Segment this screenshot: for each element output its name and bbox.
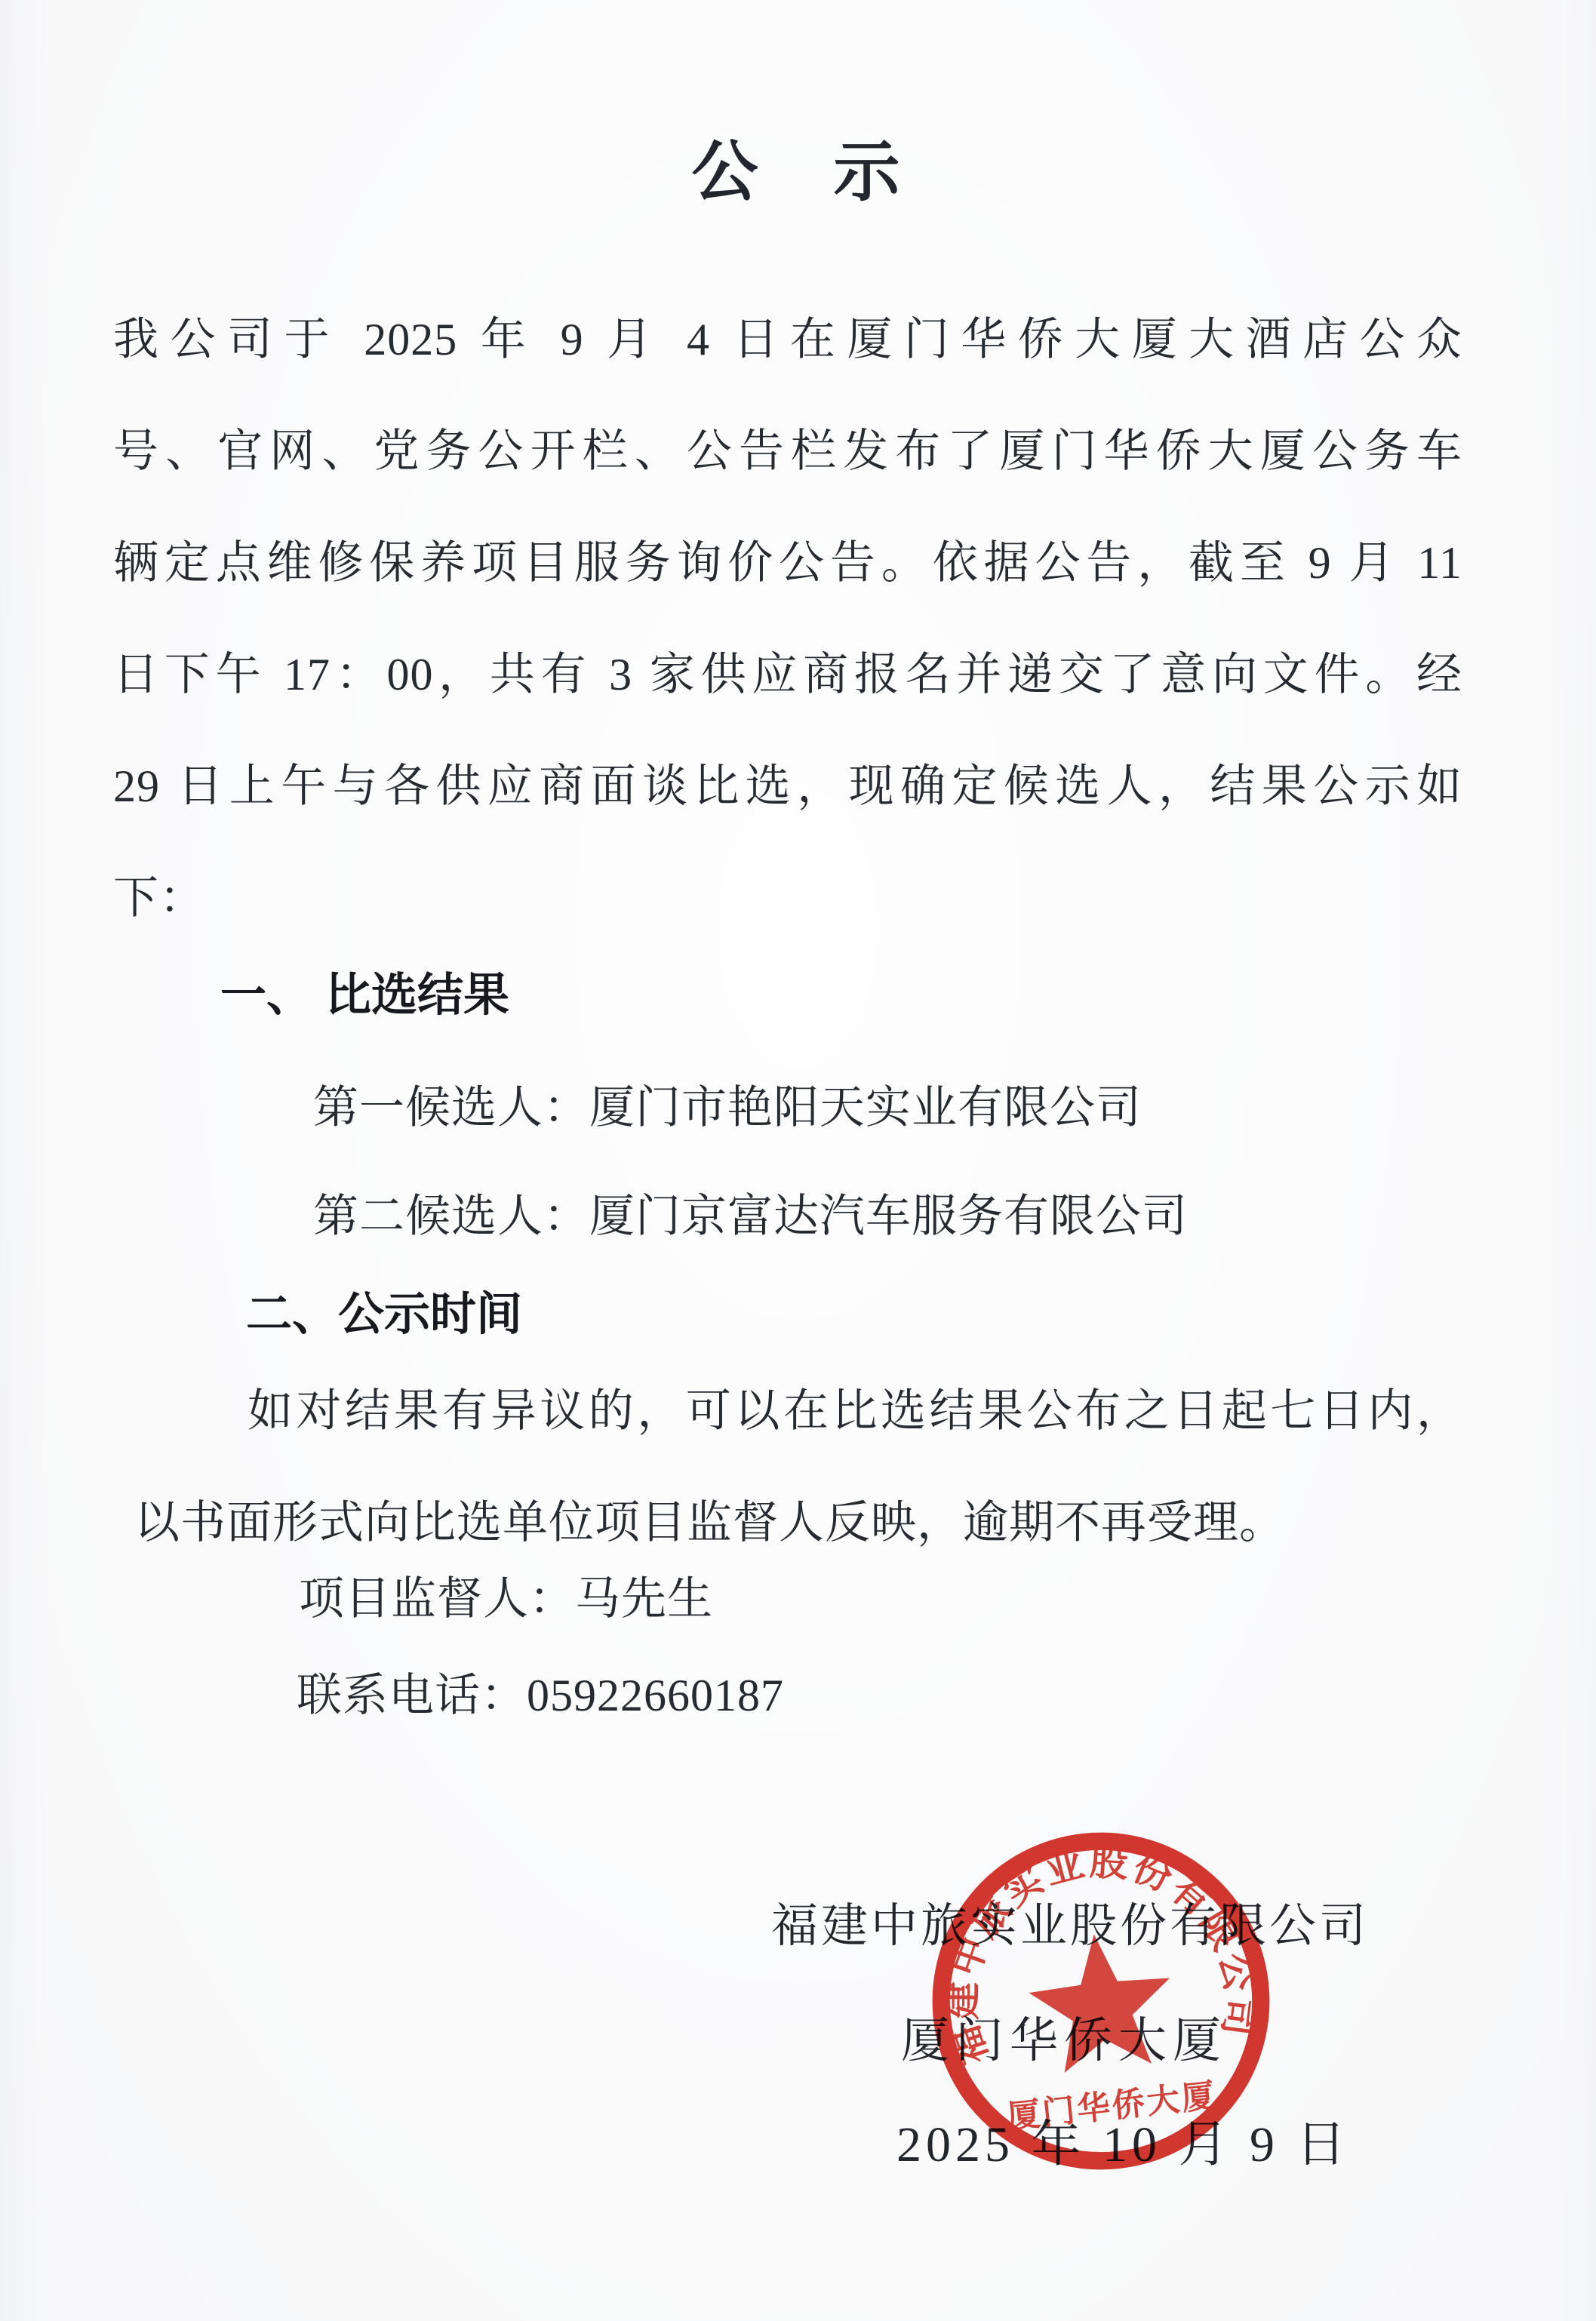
- section-time-heading: 二、公示时间: [246, 1289, 522, 1339]
- company-seal: 福建中旅实业股份有限公司 厦门华侨大厦: [907, 1807, 1295, 2195]
- intro-line: 下：: [113, 842, 1462, 954]
- supervisor-line: 项目监督人：马先生: [299, 1573, 713, 1625]
- notice-line: 如对结果有异议的，可以在比选结果公布之日起七日内，: [134, 1355, 1462, 1467]
- seal-star-icon: [1023, 1927, 1178, 2076]
- intro-line: 我公司于 2025 年 9 月 4 日在厦门华侨大厦大酒店公众: [113, 284, 1462, 395]
- intro-line: 辆定点维修保养项目服务询价公告。依据公告，截至 9 月 11: [113, 507, 1462, 619]
- intro-paragraph: 我公司于 2025 年 9 月 4 日在厦门华侨大厦大酒店公众 号、官网、党务公…: [113, 284, 1462, 954]
- section-result-heading: 一、 比选结果: [220, 970, 509, 1020]
- intro-line: 号、官网、党务公开栏、公告栏发布了厦门华侨大厦公务车: [113, 395, 1462, 507]
- company-seal-graphic: 福建中旅实业股份有限公司 厦门华侨大厦: [907, 1807, 1295, 2195]
- notice-paragraph: 如对结果有异议的，可以在比选结果公布之日起七日内， 以书面形式向比选单位项目监督…: [134, 1355, 1462, 1579]
- intro-line: 29 日上午与各供应商面谈比选，现确定候选人，结果公示如: [113, 730, 1462, 842]
- page-title: 公 示: [0, 119, 1596, 214]
- intro-line: 日下午 17：00，共有 3 家供应商报名并递交了意向文件。经: [113, 619, 1462, 730]
- candidate-1: 第一候选人：厦门市艳阳天实业有限公司: [313, 1082, 1142, 1134]
- candidate-2: 第二候选人：厦门京富达汽车服务有限公司: [313, 1191, 1188, 1243]
- announcement-page: 公 示 我公司于 2025 年 9 月 4 日在厦门华侨大厦大酒店公众 号、官网…: [0, 0, 1596, 2321]
- phone-line: 联系电话：05922660187: [297, 1670, 784, 1722]
- notice-line: 以书面形式向比选单位项目监督人反映，逾期不再受理。: [134, 1467, 1462, 1579]
